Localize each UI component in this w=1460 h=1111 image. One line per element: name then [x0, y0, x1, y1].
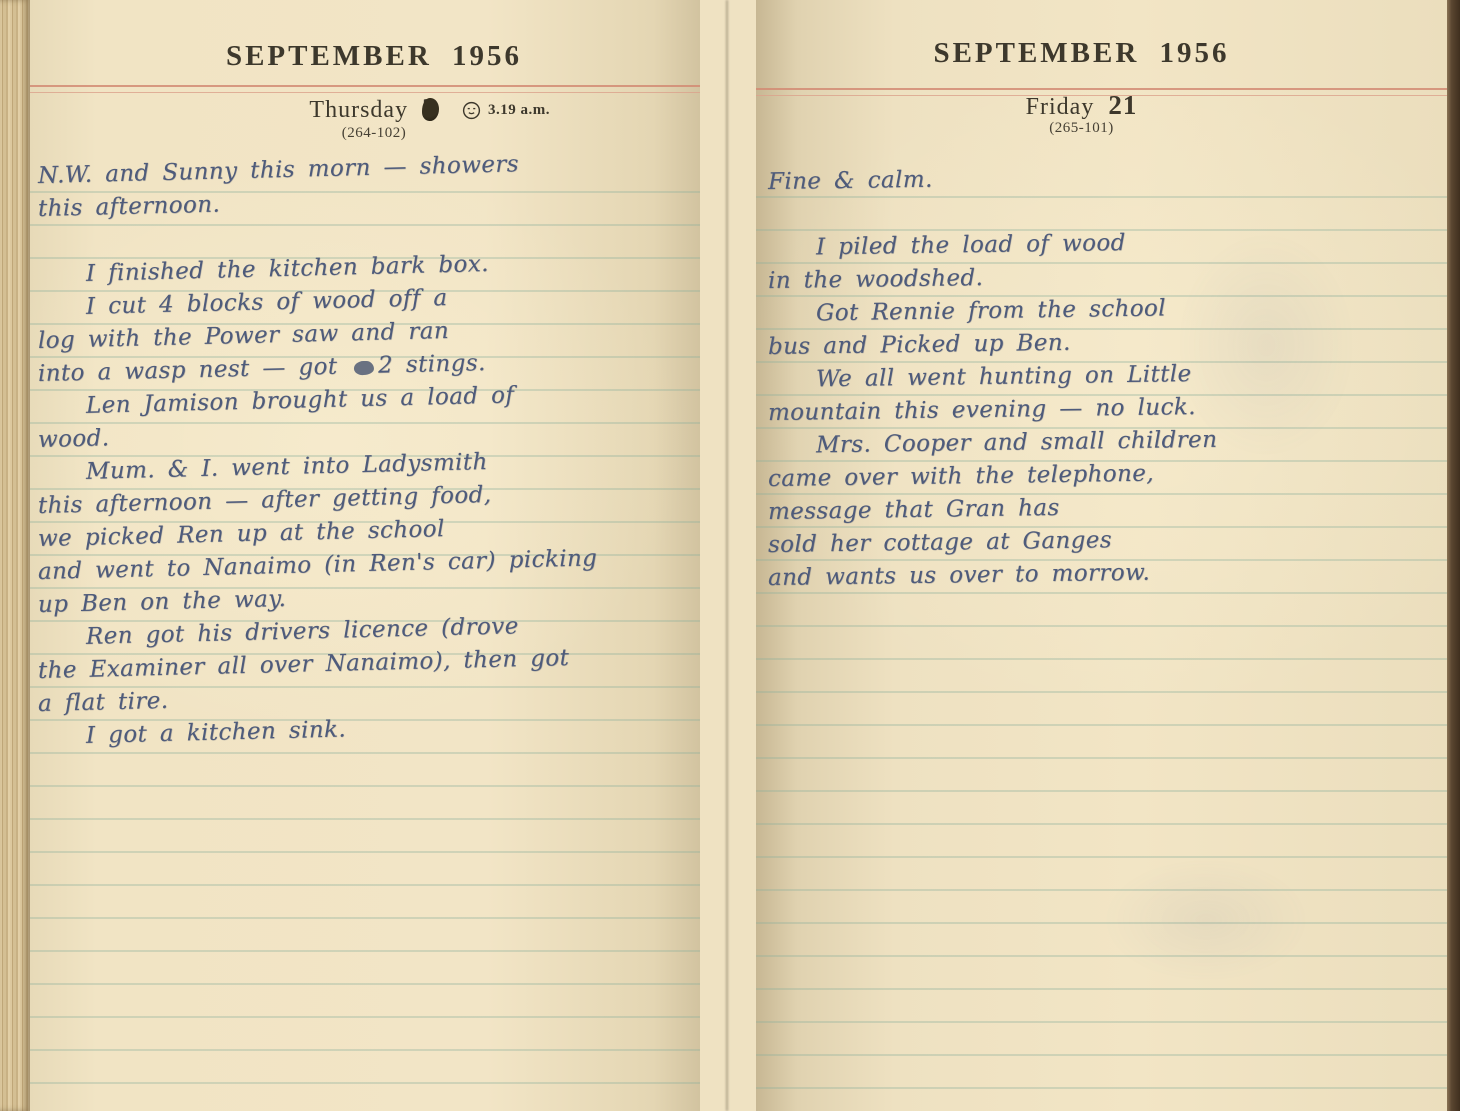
cover-edge-right	[1447, 0, 1460, 1111]
scribbled-out-word	[354, 361, 374, 375]
red-margin-rule	[30, 85, 700, 93]
full-moon-face-icon	[462, 101, 481, 120]
dateline: Thursday 2	[30, 93, 700, 124]
day-number: 21	[1108, 90, 1137, 120]
day-name: Thursday	[309, 97, 408, 123]
ink-blot	[422, 98, 439, 121]
diary-entry-left: N.W. and Sunny this morn — showersthis a…	[38, 160, 698, 754]
moon-time: 3.19 a.m.	[488, 102, 550, 119]
page-title-month: SEPTEMBER 1956	[756, 37, 1447, 70]
book-gutter	[700, 0, 756, 1111]
day-name: Friday	[1026, 94, 1095, 120]
page-title-month: SEPTEMBER 1956	[30, 40, 700, 73]
diary-page-right: SEPTEMBER 1956 Friday 21 (265-101) Fine …	[756, 0, 1447, 1111]
diary-entry-right: Fine & calm.I piled the load of woodin t…	[768, 166, 1445, 595]
diary-scan: SEPTEMBER 1956 Thursday 2 3.19 a.m. (264…	[0, 0, 1460, 1111]
page-stack-edge-left	[0, 0, 30, 1111]
day-ordinal-code: (264-102)	[30, 125, 700, 142]
dateline: Friday 21	[756, 90, 1447, 121]
diary-page-left: SEPTEMBER 1956 Thursday 2 3.19 a.m. (264…	[30, 0, 700, 1111]
moon-phase-note: 3.19 a.m.	[462, 101, 550, 120]
day-ordinal-code: (265-101)	[756, 120, 1447, 137]
ink-bleed-smudge	[1056, 830, 1356, 1010]
